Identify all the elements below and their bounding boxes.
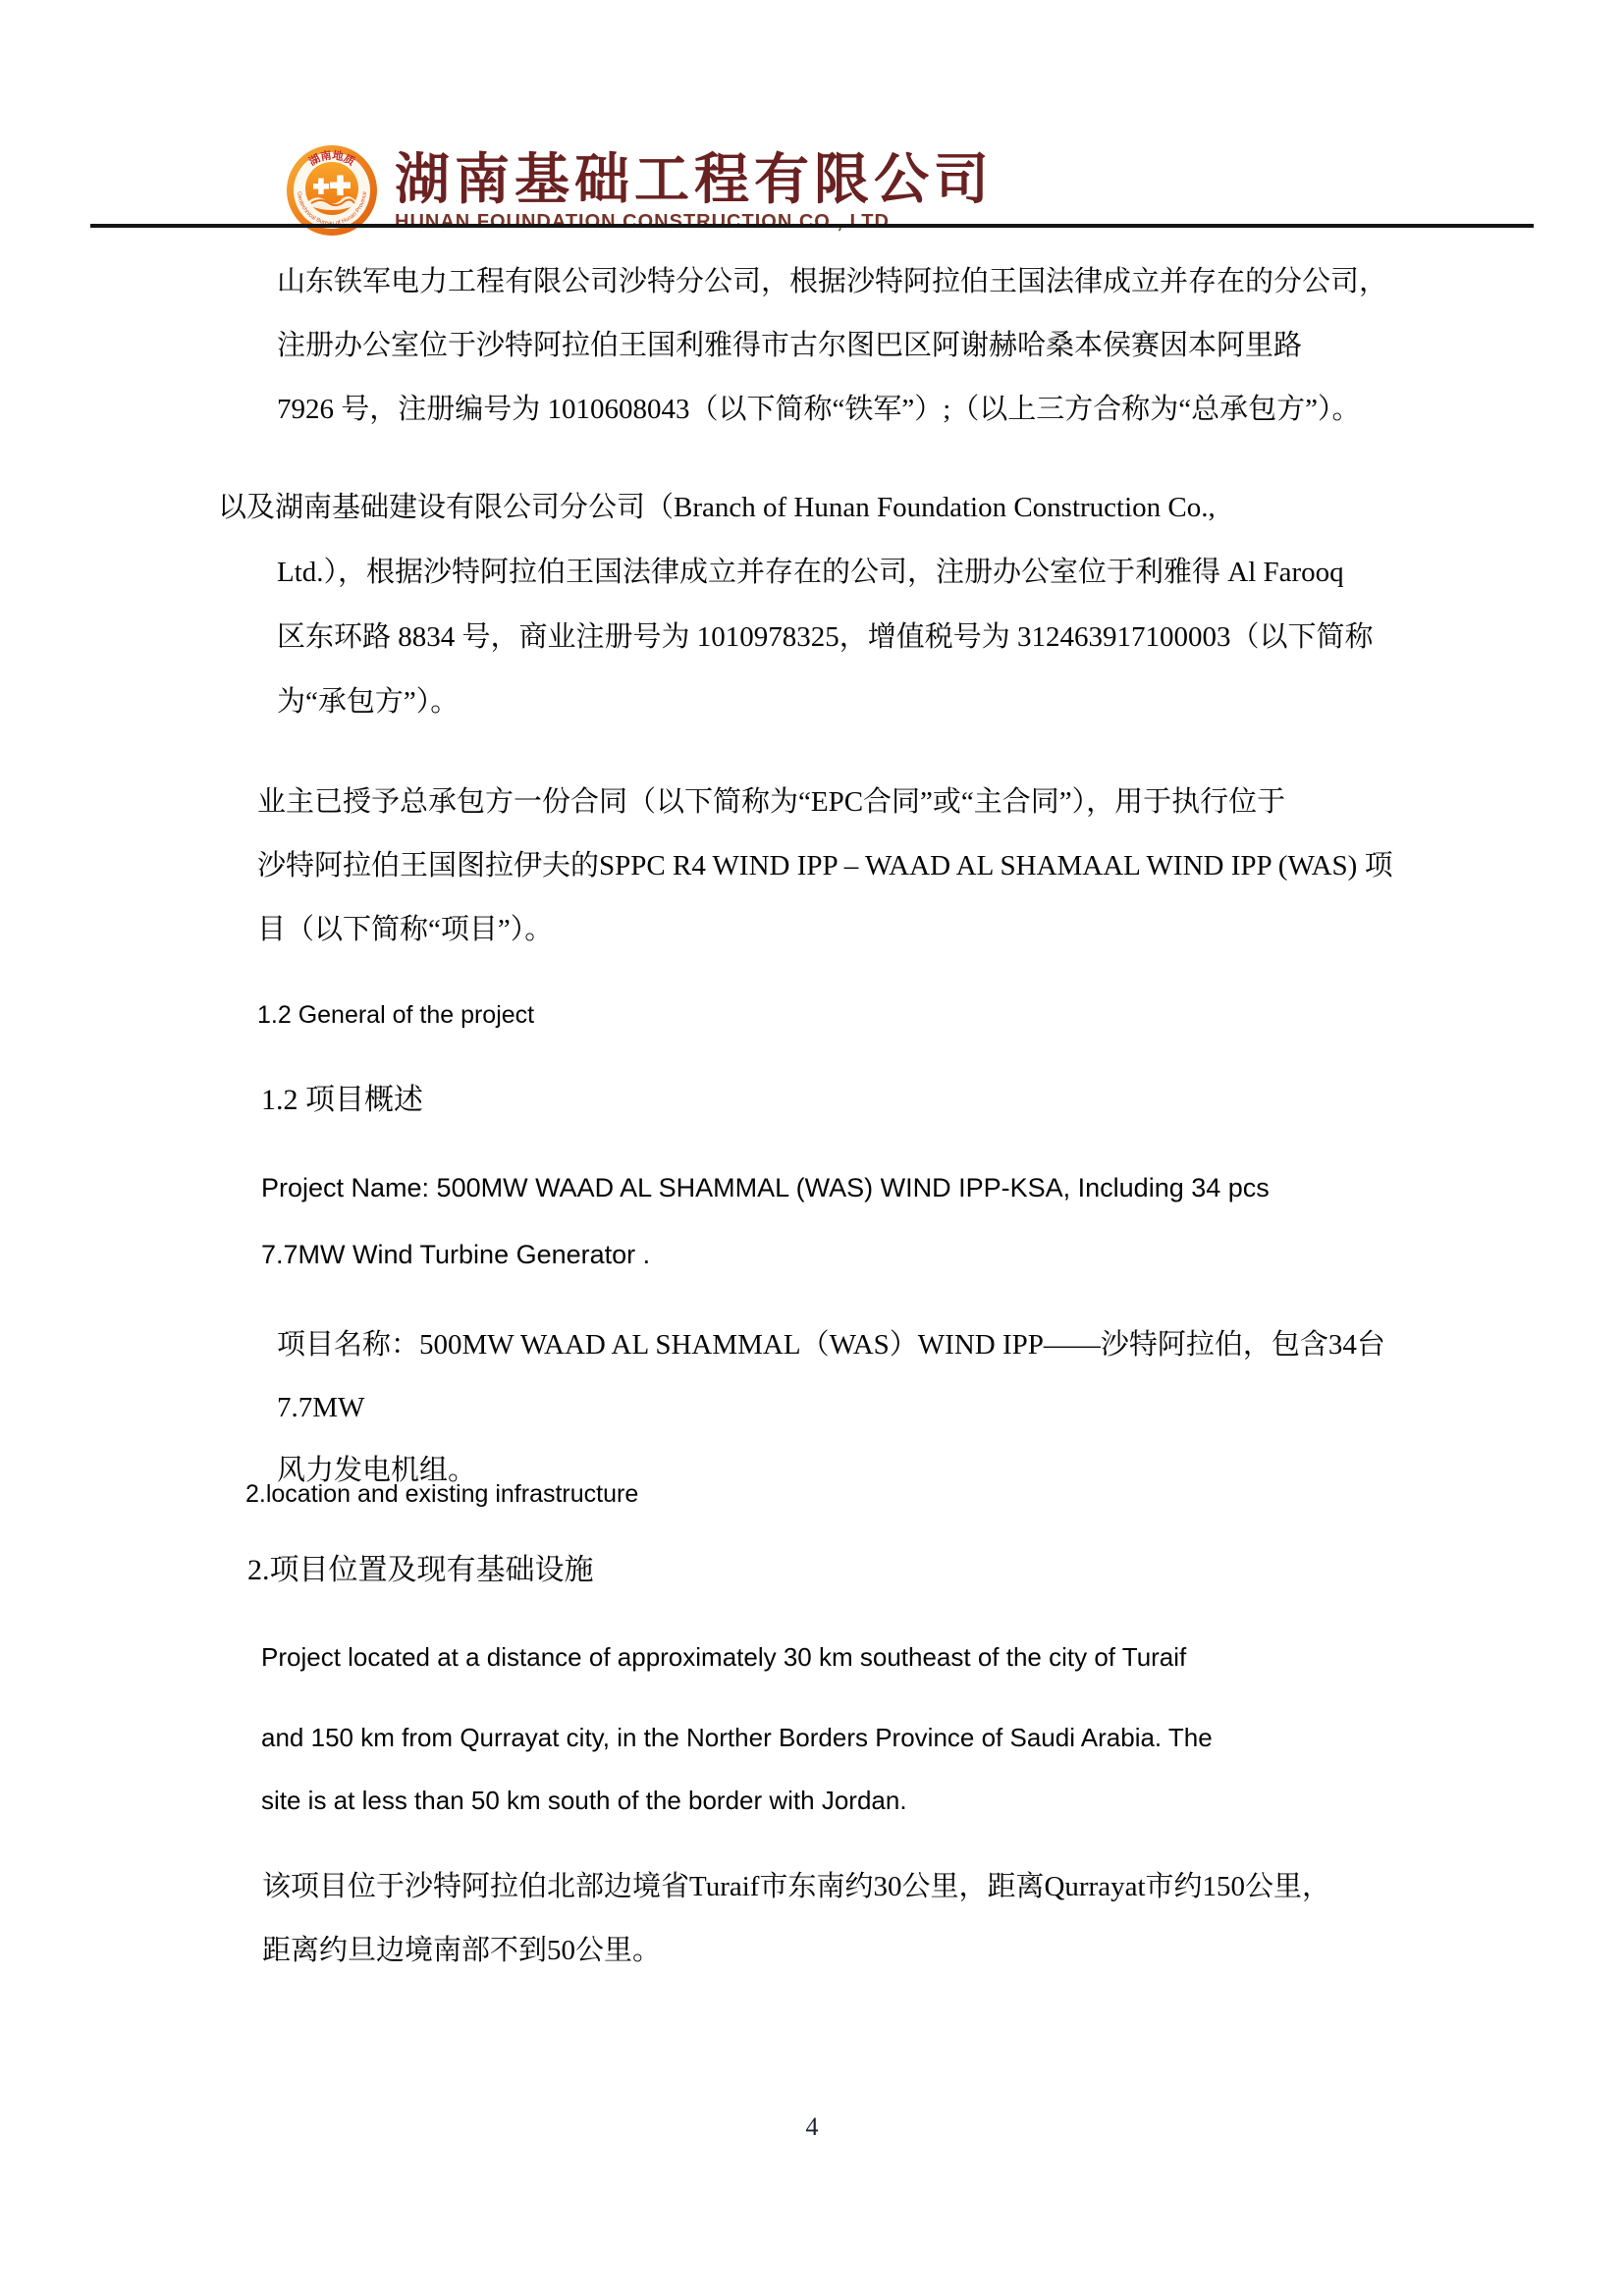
paragraph-hunan-branch: 以及湖南基础建设有限公司分公司（Branch of Hunan Foundati… [277,475,1445,734]
company-logo-text: 湖南基础工程有限公司 HUNAN FOUNDATION CONSTRUCTION… [395,153,994,233]
heading-general-of-project-cn: 1.2 项目概述 [261,1080,1439,1121]
document-page: 湖南地质 Geotechnical Bureau of Hunan Provin… [0,0,1624,2296]
heading-general-of-project-en: 1.2 General of the project [257,995,1435,1035]
paragraph-location-en-rest: and 150 km from Qurrayat city, in the No… [261,1706,1430,1832]
paragraph-location-cn: 该项目位于沙特阿拉伯北部边境省Turaif市东南约30公里，距离Qurrayat… [262,1855,1440,1983]
header-divider-rule [90,224,1534,228]
heading-location-infrastructure-en: 2.location and existing infrastructure [245,1474,1424,1514]
company-logo-badge-icon: 湖南地质 Geotechnical Bureau of Hunan Provin… [286,144,378,237]
page-number: 4 [0,2112,1624,2142]
paragraph-tiejun-branch: 山东铁军电力工程有限公司沙特分公司，根据沙特阿拉伯王国法律成立并存在的分公司， … [277,250,1445,442]
paragraph-location-en-line1: Project located at a distance of approxi… [261,1624,1430,1690]
heading-location-infrastructure-cn: 2.项目位置及现有基础设施 [247,1550,1426,1591]
paragraph-epc-contract: 业主已授予总承包方一份合同（以下简称为“EPC合同”或“主合同”），用于执行位于… [257,771,1445,962]
company-name-cn: 湖南基础工程有限公司 [395,153,994,208]
company-name-en: HUNAN FOUNDATION CONSTRUCTION CO., LTD [395,211,994,233]
paragraph-project-name-en: Project Name: 500MW WAAD AL SHAMMAL (WAS… [261,1154,1430,1288]
logo-badge-svg: 湖南地质 Geotechnical Bureau of Hunan Provin… [286,144,378,237]
